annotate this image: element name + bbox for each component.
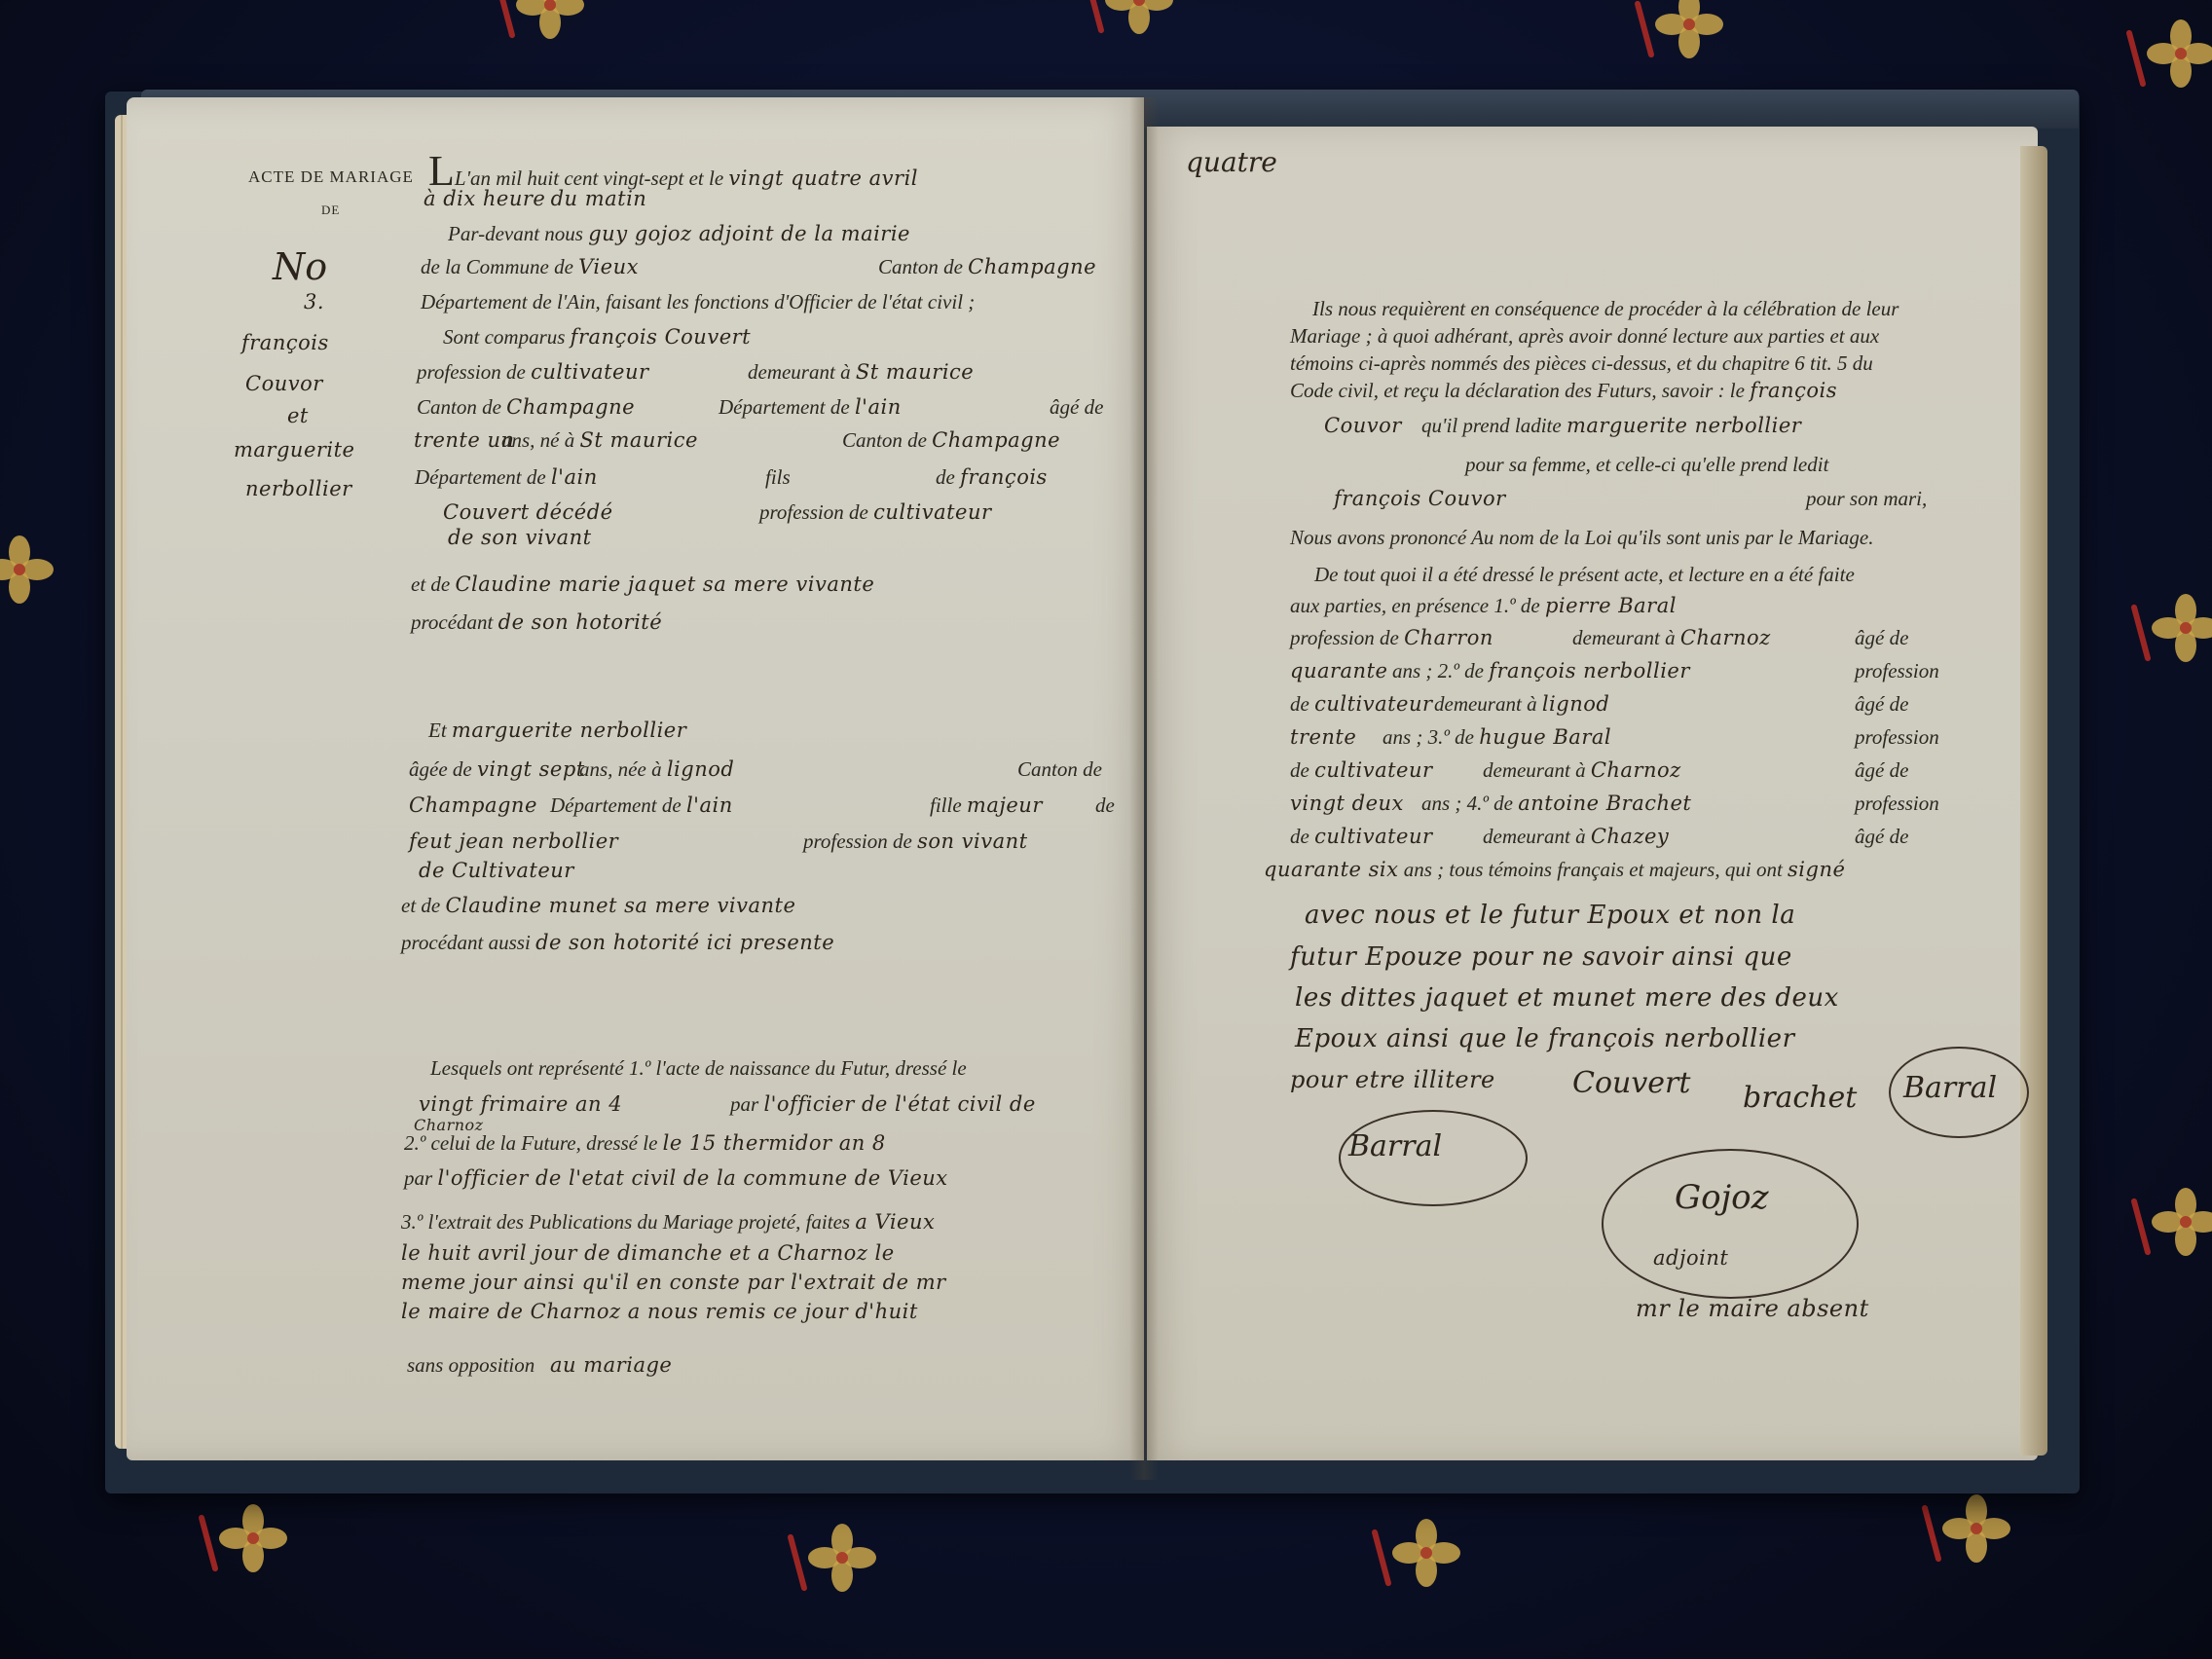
cloth-flower-decoration [1392, 1519, 1460, 1587]
witness-line-8: quarante six ans ; tous témoins français… [1264, 858, 1845, 882]
cloth-flower-decoration [1105, 0, 1173, 34]
page-edges-right [2020, 146, 2047, 1456]
closing-line-3: les dittes jaquet et munet mere des deux [1295, 983, 1839, 1013]
act-line-11: Couvert décédé profession de cultivateur [443, 500, 1144, 525]
witness-line-3: de cultivateur demeurant à lignod âgé de [1290, 692, 1952, 717]
witness-line-4: trente ans ; 3.º de hugue Baral professi… [1290, 725, 1952, 750]
margin-header: ACTE DE MARIAGE [248, 167, 414, 187]
margin-groom-last: Couvor [245, 372, 323, 395]
docs-line-7: le huit avril jour de dimanche et a Char… [401, 1241, 895, 1266]
right-line-1: Ils nous requièrent en conséquence de pr… [1312, 297, 1899, 321]
act-line-2: à dix heure du matin [424, 187, 646, 211]
cloth-flower-decoration [2152, 1188, 2212, 1256]
docs-line-8: meme jour ainsi qu'il en conste par l'ex… [401, 1271, 946, 1295]
officer-title: adjoint [1653, 1246, 1728, 1270]
cloth-flower-decoration [0, 535, 54, 604]
margin-groom-first: françois [241, 331, 329, 354]
officer-seal-flourish [1602, 1149, 1859, 1299]
bride-line-7: procédant aussi de son hotorité ici pres… [401, 931, 834, 955]
act-line-3: Par-devant nous guy gojoz adjoint de la … [448, 222, 910, 246]
margin-number-label: No [273, 245, 327, 288]
act-line-9: trente un ans, né à St maurice Canton de… [414, 428, 1134, 453]
act-line-6: Sont comparus françois Couvert [443, 325, 751, 350]
witness-line-6: vingt deux ans ; 4.º de antoine Brachet … [1290, 792, 1952, 816]
signature-flourish [1889, 1047, 2029, 1138]
right-line-9: De tout quoi il a été dressé le présent … [1314, 563, 1855, 587]
act-line-5: Département de l'Ain, faisant les foncti… [421, 290, 975, 314]
bride-line-2: âgée de vingt sept ans, née à lignod Can… [409, 757, 1129, 782]
right-line-3: témoins ci-après nommés des pièces ci-de… [1290, 351, 1873, 376]
catchword: quatre [1186, 146, 1277, 178]
margin-bride-first: marguerite [234, 438, 355, 461]
cloth-flower-decoration [808, 1524, 876, 1592]
cloth-flower-decoration [1655, 0, 1723, 58]
act-line-10: Département de l'ain fils de françois [415, 465, 1135, 490]
act-line-8: Canton de Champagne Département de l'ain… [417, 395, 1137, 420]
cloth-flower-decoration [516, 0, 584, 39]
bride-line-4: feut jean nerbollier profession de son v… [409, 829, 1129, 854]
cloth-flower-decoration [1942, 1494, 2010, 1563]
docs-line-1: Lesquels ont représenté 1.º l'acte de na… [430, 1056, 967, 1081]
witness-line-5: de cultivateur demeurant à Charnoz âgé d… [1290, 758, 1952, 783]
margin-number: 3. [304, 290, 324, 313]
signature-witness-brachet: brachet [1743, 1081, 1857, 1115]
docs-line-10: sans opposition au mariage [407, 1353, 672, 1378]
right-line-10: aux parties, en présence 1.º de pierre B… [1290, 594, 1677, 618]
act-line-12: de son vivant [448, 526, 592, 550]
bride-line-5: de Cultivateur [419, 859, 574, 883]
margin-conj: et [287, 404, 309, 427]
bride-line-6: et de Claudine munet sa mere vivante [401, 894, 795, 918]
docs-line-9: le maire de Charnoz a nous remis ce jour… [401, 1300, 918, 1324]
right-line-5: Couvor qu'il prend ladite marguerite ner… [1324, 414, 1947, 438]
right-line-2: Mariage ; à quoi adhérant, après avoir d… [1290, 324, 1879, 349]
docs-line-6: 3.º l'extrait des Publications du Mariag… [401, 1210, 935, 1235]
bride-line-1: Et marguerite nerbollier [428, 719, 686, 743]
witness-line-1: profession de Charron demeurant à Charno… [1290, 626, 1952, 650]
bride-line-3: Champagne Département de l'ain fille maj… [409, 793, 1129, 818]
docs-line-4: 2.º celui de la Future, dressé le le 15 … [404, 1131, 886, 1156]
signature-flourish [1339, 1110, 1528, 1206]
book-spine-gutter [1129, 97, 1159, 1480]
closing-line-2: futur Epouze pour ne savoir ainsi que [1290, 942, 1792, 972]
docs-line-5: par l'officier de l'etat civil de la com… [404, 1166, 948, 1191]
witness-line-2: quarante ans ; 2.º de françois nerbollie… [1290, 659, 1952, 683]
cloth-flower-decoration [2152, 594, 2212, 662]
cloth-flower-decoration [219, 1504, 287, 1572]
margin-header-de: DE [321, 203, 340, 218]
act-line-4: de la Commune de Vieux Canton de Champag… [421, 255, 1141, 279]
officer-note: mr le maire absent [1636, 1295, 1869, 1322]
right-line-8: Nous avons prononcé Au nom de la Loi qu'… [1290, 526, 1873, 550]
closing-line-4: Epoux ainsi que le françois nerbollier [1295, 1024, 1795, 1053]
witness-line-7: de cultivateur demeurant à Chazey âgé de [1290, 825, 1952, 849]
right-line-6: pour sa femme, et celle-ci qu'elle prend… [1465, 453, 1828, 477]
right-line-7: françois Couvor pour son mari, [1334, 487, 1937, 511]
closing-line-5: pour etre illitere [1290, 1066, 1495, 1093]
margin-bride-last: nerbollier [245, 477, 352, 500]
right-line-4: Code civil, et reçu la déclaration des F… [1290, 379, 1837, 403]
docs-line-2: vingt frimaire an 4 par l'officier de l'… [419, 1092, 1139, 1117]
act-line-13: et de Claudine marie jaquet sa mere viva… [411, 572, 874, 597]
cloth-flower-decoration [2147, 19, 2212, 88]
act-line-7: profession de cultivateur demeurant à St… [417, 360, 1137, 385]
signature-groom: Couvert [1572, 1066, 1690, 1100]
closing-line-1: avec nous et le futur Epoux et non la [1305, 901, 1795, 930]
act-line-14: procédant de son hotorité [411, 610, 662, 635]
